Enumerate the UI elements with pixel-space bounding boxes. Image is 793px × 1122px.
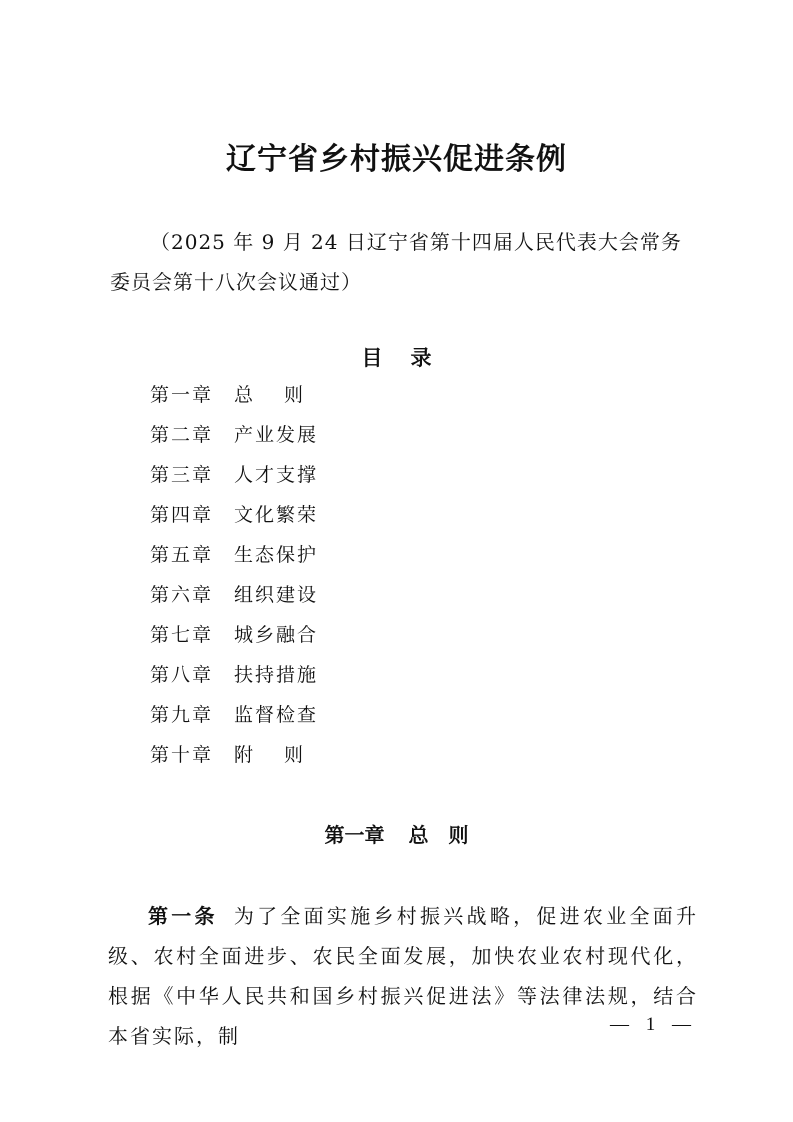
toc-item[interactable]: 第四章文化繁荣 [150,501,318,541]
toc-item[interactable]: 第九章监督检查 [150,701,318,741]
toc-item-number: 第二章 [150,421,234,449]
toc-item-name: 总 则 [234,381,305,409]
document-page: 辽宁省乡村振兴促进条例 （2025 年 9 月 24 日辽宁省第十四届人民代表大… [0,0,793,1122]
toc-item[interactable]: 第五章生态保护 [150,541,318,581]
page-number: — 1 — [610,1014,697,1036]
toc-item-name: 扶持措施 [234,661,318,689]
toc-item-number: 第一章 [150,381,234,409]
toc-item-number: 第九章 [150,701,234,729]
toc-item-number: 第七章 [150,621,234,649]
toc-item-name: 产业发展 [234,421,318,449]
toc-item-name: 组织建设 [234,581,318,609]
toc-item-number: 第五章 [150,541,234,569]
chapter-name: 总 则 [409,823,469,847]
toc-item-name: 附 则 [234,741,305,769]
toc-item-number: 第十章 [150,741,234,769]
adoption-note: （2025 年 9 月 24 日辽宁省第十四届人民代表大会常务委员会第十八次会议… [110,222,700,302]
toc-item[interactable]: 第二章产业发展 [150,421,318,461]
toc-item[interactable]: 第八章扶持措施 [150,661,318,701]
toc-item[interactable]: 第七章城乡融合 [150,621,318,661]
toc-item[interactable]: 第六章组织建设 [150,581,318,621]
article-label: 第一条 [148,904,218,928]
toc-heading-left: 目 [362,342,383,372]
chapter-heading: 第一章总 则 [0,819,793,848]
toc-item-number: 第六章 [150,581,234,609]
toc-item[interactable]: 第一章总 则 [150,381,318,421]
toc-item[interactable]: 第十章附 则 [150,741,318,781]
chapter-number: 第一章 [325,823,385,847]
table-of-contents: 第一章总 则 第二章产业发展 第三章人才支撑 第四章文化繁荣 第五章生态保护 第… [150,381,318,781]
toc-heading-right: 录 [411,342,432,372]
toc-item-name: 生态保护 [234,541,318,569]
toc-item-name: 文化繁荣 [234,501,318,529]
toc-heading: 目录 [0,342,793,372]
toc-item-number: 第三章 [150,461,234,489]
toc-item-number: 第四章 [150,501,234,529]
toc-item-name: 监督检查 [234,701,318,729]
document-title: 辽宁省乡村振兴促进条例 [0,134,793,178]
toc-item[interactable]: 第三章人才支撑 [150,461,318,501]
toc-item-name: 城乡融合 [234,621,318,649]
toc-item-number: 第八章 [150,661,234,689]
toc-item-name: 人才支撑 [234,461,318,489]
